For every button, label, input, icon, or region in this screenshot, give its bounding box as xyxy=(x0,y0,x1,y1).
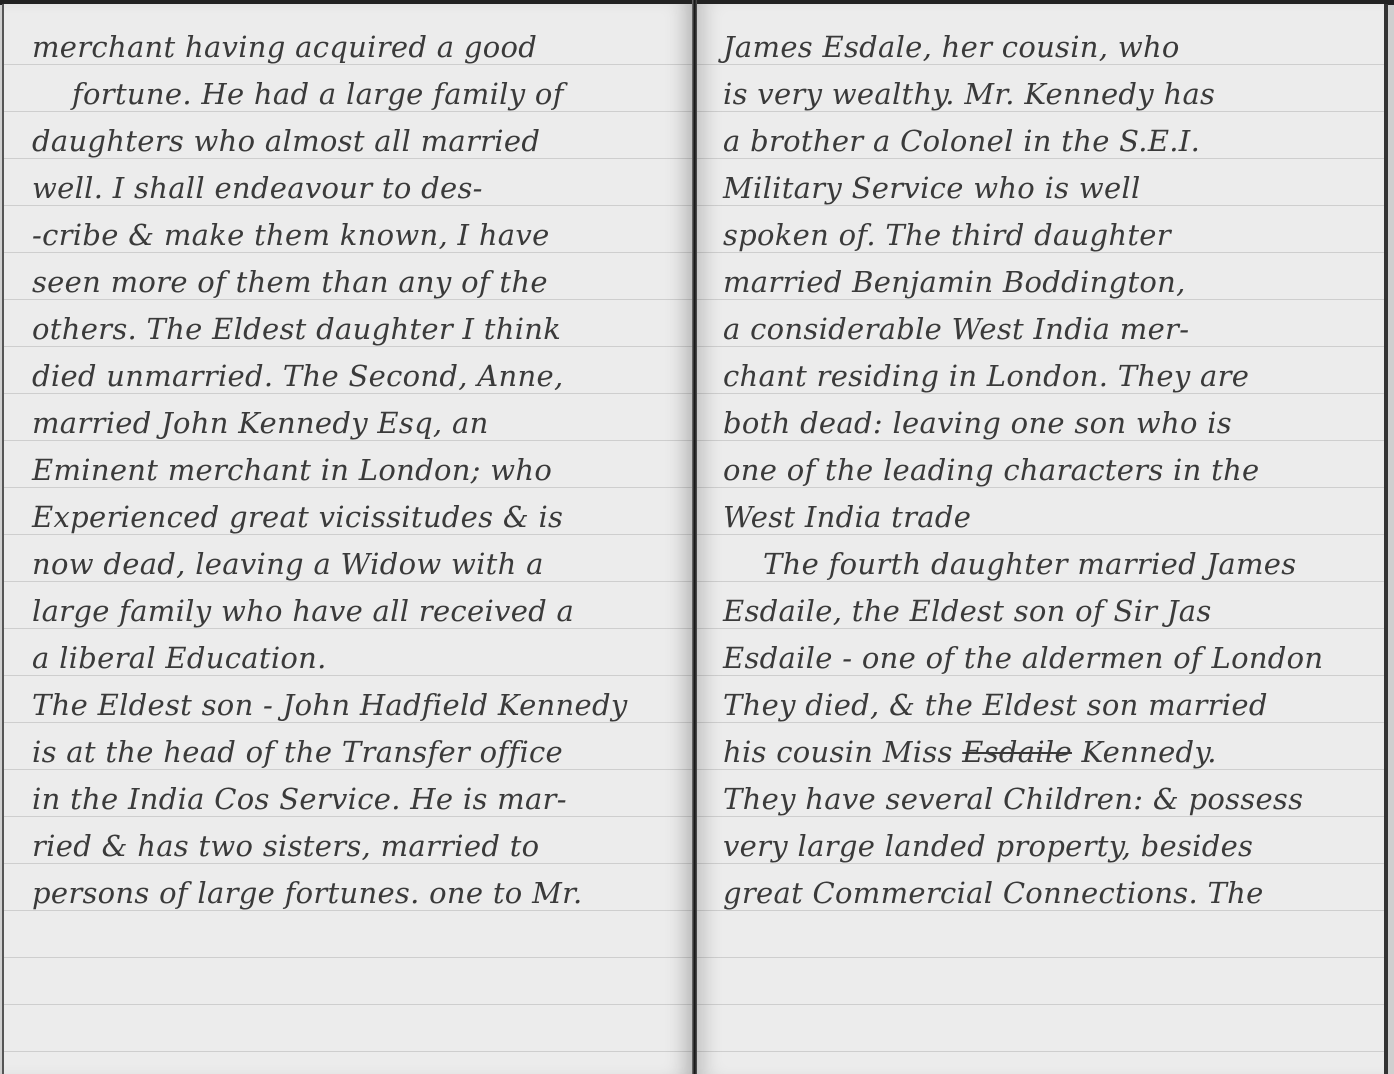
line-text: fortune. He had a large family of xyxy=(72,77,564,111)
handwritten-line: large family who have all received a xyxy=(32,588,674,635)
line-text: spoken of. The third daughter xyxy=(723,218,1171,252)
left-page-text: merchant having acquired a goodfortune. … xyxy=(32,24,674,917)
handwritten-line: Esdaile, the Eldest son of Sir Jas xyxy=(723,588,1366,635)
handwritten-line: a considerable West India mer- xyxy=(723,306,1366,353)
line-text: one of the leading characters in the xyxy=(723,453,1260,487)
line-text: ried & has two sisters, married to xyxy=(32,829,539,863)
handwritten-line: in the India Cos Service. He is mar- xyxy=(32,776,674,823)
line-text: married Benjamin Boddington, xyxy=(723,265,1186,299)
handwritten-line: persons of large fortunes. one to Mr. xyxy=(32,870,674,917)
handwritten-line: a brother a Colonel in the S.E.I. xyxy=(723,118,1366,165)
line-text: Experienced great vicissitudes & is xyxy=(32,500,563,534)
handwritten-line: James Esdale, her cousin, who xyxy=(723,24,1366,71)
line-text: is very wealthy. Mr. Kennedy has xyxy=(723,77,1215,111)
line-text: a considerable West India mer- xyxy=(723,312,1189,346)
handwritten-line: ried & has two sisters, married to xyxy=(32,823,674,870)
right-page: James Esdale, her cousin, whois very wea… xyxy=(697,4,1388,1074)
handwritten-line: chant residing in London. They are xyxy=(723,353,1366,400)
line-text: very large landed property, besides xyxy=(723,829,1253,863)
handwritten-line: one of the leading characters in the xyxy=(723,447,1366,494)
line-text: -cribe & make them known, I have xyxy=(32,218,550,252)
handwritten-line: West India trade xyxy=(723,494,1366,541)
struck-through-word: Esdaile xyxy=(962,735,1072,769)
handwritten-line: seen more of them than any of the xyxy=(32,259,674,306)
line-text: They have several Children: & possess xyxy=(723,782,1303,816)
handwritten-line: The fourth daughter married James xyxy=(723,541,1366,588)
handwritten-line: They have several Children: & possess xyxy=(723,776,1366,823)
handwritten-line: daughters who almost all married xyxy=(32,118,674,165)
line-text: Esdaile - one of the aldermen of London xyxy=(723,641,1323,675)
line-text: great Commercial Connections. The xyxy=(723,876,1264,910)
line-text: West India trade xyxy=(723,500,971,534)
handwritten-line: spoken of. The third daughter xyxy=(723,212,1366,259)
line-text: James Esdale, her cousin, who xyxy=(723,30,1180,64)
handwritten-line: both dead: leaving one son who is xyxy=(723,400,1366,447)
line-text: seen more of them than any of the xyxy=(32,265,548,299)
line-text: large family who have all received a xyxy=(32,594,574,628)
handwritten-line: very large landed property, besides xyxy=(723,823,1366,870)
handwritten-line: is at the head of the Transfer office xyxy=(32,729,674,776)
line-text: well. I shall endeavour to des- xyxy=(32,171,483,205)
line-text: The fourth daughter married James xyxy=(763,547,1296,581)
line-text: chant residing in London. They are xyxy=(723,359,1249,393)
line-text: his cousin Miss xyxy=(723,735,953,769)
line-text: Esdaile, the Eldest son of Sir Jas xyxy=(723,594,1212,628)
handwritten-line: his cousin Miss Esdaile Kennedy. xyxy=(723,729,1366,776)
handwritten-line: a liberal Education. xyxy=(32,635,674,682)
line-text: now dead, leaving a Widow with a xyxy=(32,547,544,581)
line-text: Military Service who is well xyxy=(723,171,1141,205)
line-text: others. The Eldest daughter I think xyxy=(32,312,561,346)
handwritten-line: well. I shall endeavour to des- xyxy=(32,165,674,212)
line-text: a brother a Colonel in the S.E.I. xyxy=(723,124,1200,158)
handwritten-line: Military Service who is well xyxy=(723,165,1366,212)
handwritten-line: others. The Eldest daughter I think xyxy=(32,306,674,353)
line-text-continued: Kennedy. xyxy=(1072,735,1217,769)
line-text: is at the head of the Transfer office xyxy=(32,735,563,769)
handwritten-line: now dead, leaving a Widow with a xyxy=(32,541,674,588)
left-page: merchant having acquired a goodfortune. … xyxy=(2,4,692,1074)
right-page-text: James Esdale, her cousin, whois very wea… xyxy=(723,24,1366,917)
handwritten-line: They died, & the Eldest son married xyxy=(723,682,1366,729)
line-text: married John Kennedy Esq, an xyxy=(32,406,489,440)
line-text: both dead: leaving one son who is xyxy=(723,406,1232,440)
handwritten-line: Eminent merchant in London; who xyxy=(32,447,674,494)
line-text: in the India Cos Service. He is mar- xyxy=(32,782,567,816)
handwritten-line: Esdaile - one of the aldermen of London xyxy=(723,635,1366,682)
line-text: daughters who almost all married xyxy=(32,124,540,158)
handwritten-line: died unmarried. The Second, Anne, xyxy=(32,353,674,400)
line-text: died unmarried. The Second, Anne, xyxy=(32,359,563,393)
line-text: persons of large fortunes. one to Mr. xyxy=(32,876,583,910)
line-text: The Eldest son - John Hadfield Kennedy xyxy=(32,688,628,722)
handwritten-line: fortune. He had a large family of xyxy=(32,71,674,118)
notebook-spread: merchant having acquired a goodfortune. … xyxy=(0,0,1394,1074)
line-text: Eminent merchant in London; who xyxy=(32,453,552,487)
line-text: They died, & the Eldest son married xyxy=(723,688,1268,722)
handwritten-line: married Benjamin Boddington, xyxy=(723,259,1366,306)
handwritten-line: The Eldest son - John Hadfield Kennedy xyxy=(32,682,674,729)
handwritten-line: married John Kennedy Esq, an xyxy=(32,400,674,447)
line-text: merchant having acquired a good xyxy=(32,30,537,64)
handwritten-line: is very wealthy. Mr. Kennedy has xyxy=(723,71,1366,118)
handwritten-line: great Commercial Connections. The xyxy=(723,870,1366,917)
line-text: a liberal Education. xyxy=(32,641,327,675)
handwritten-line: Experienced great vicissitudes & is xyxy=(32,494,674,541)
handwritten-line: merchant having acquired a good xyxy=(32,24,674,71)
handwritten-line: -cribe & make them known, I have xyxy=(32,212,674,259)
